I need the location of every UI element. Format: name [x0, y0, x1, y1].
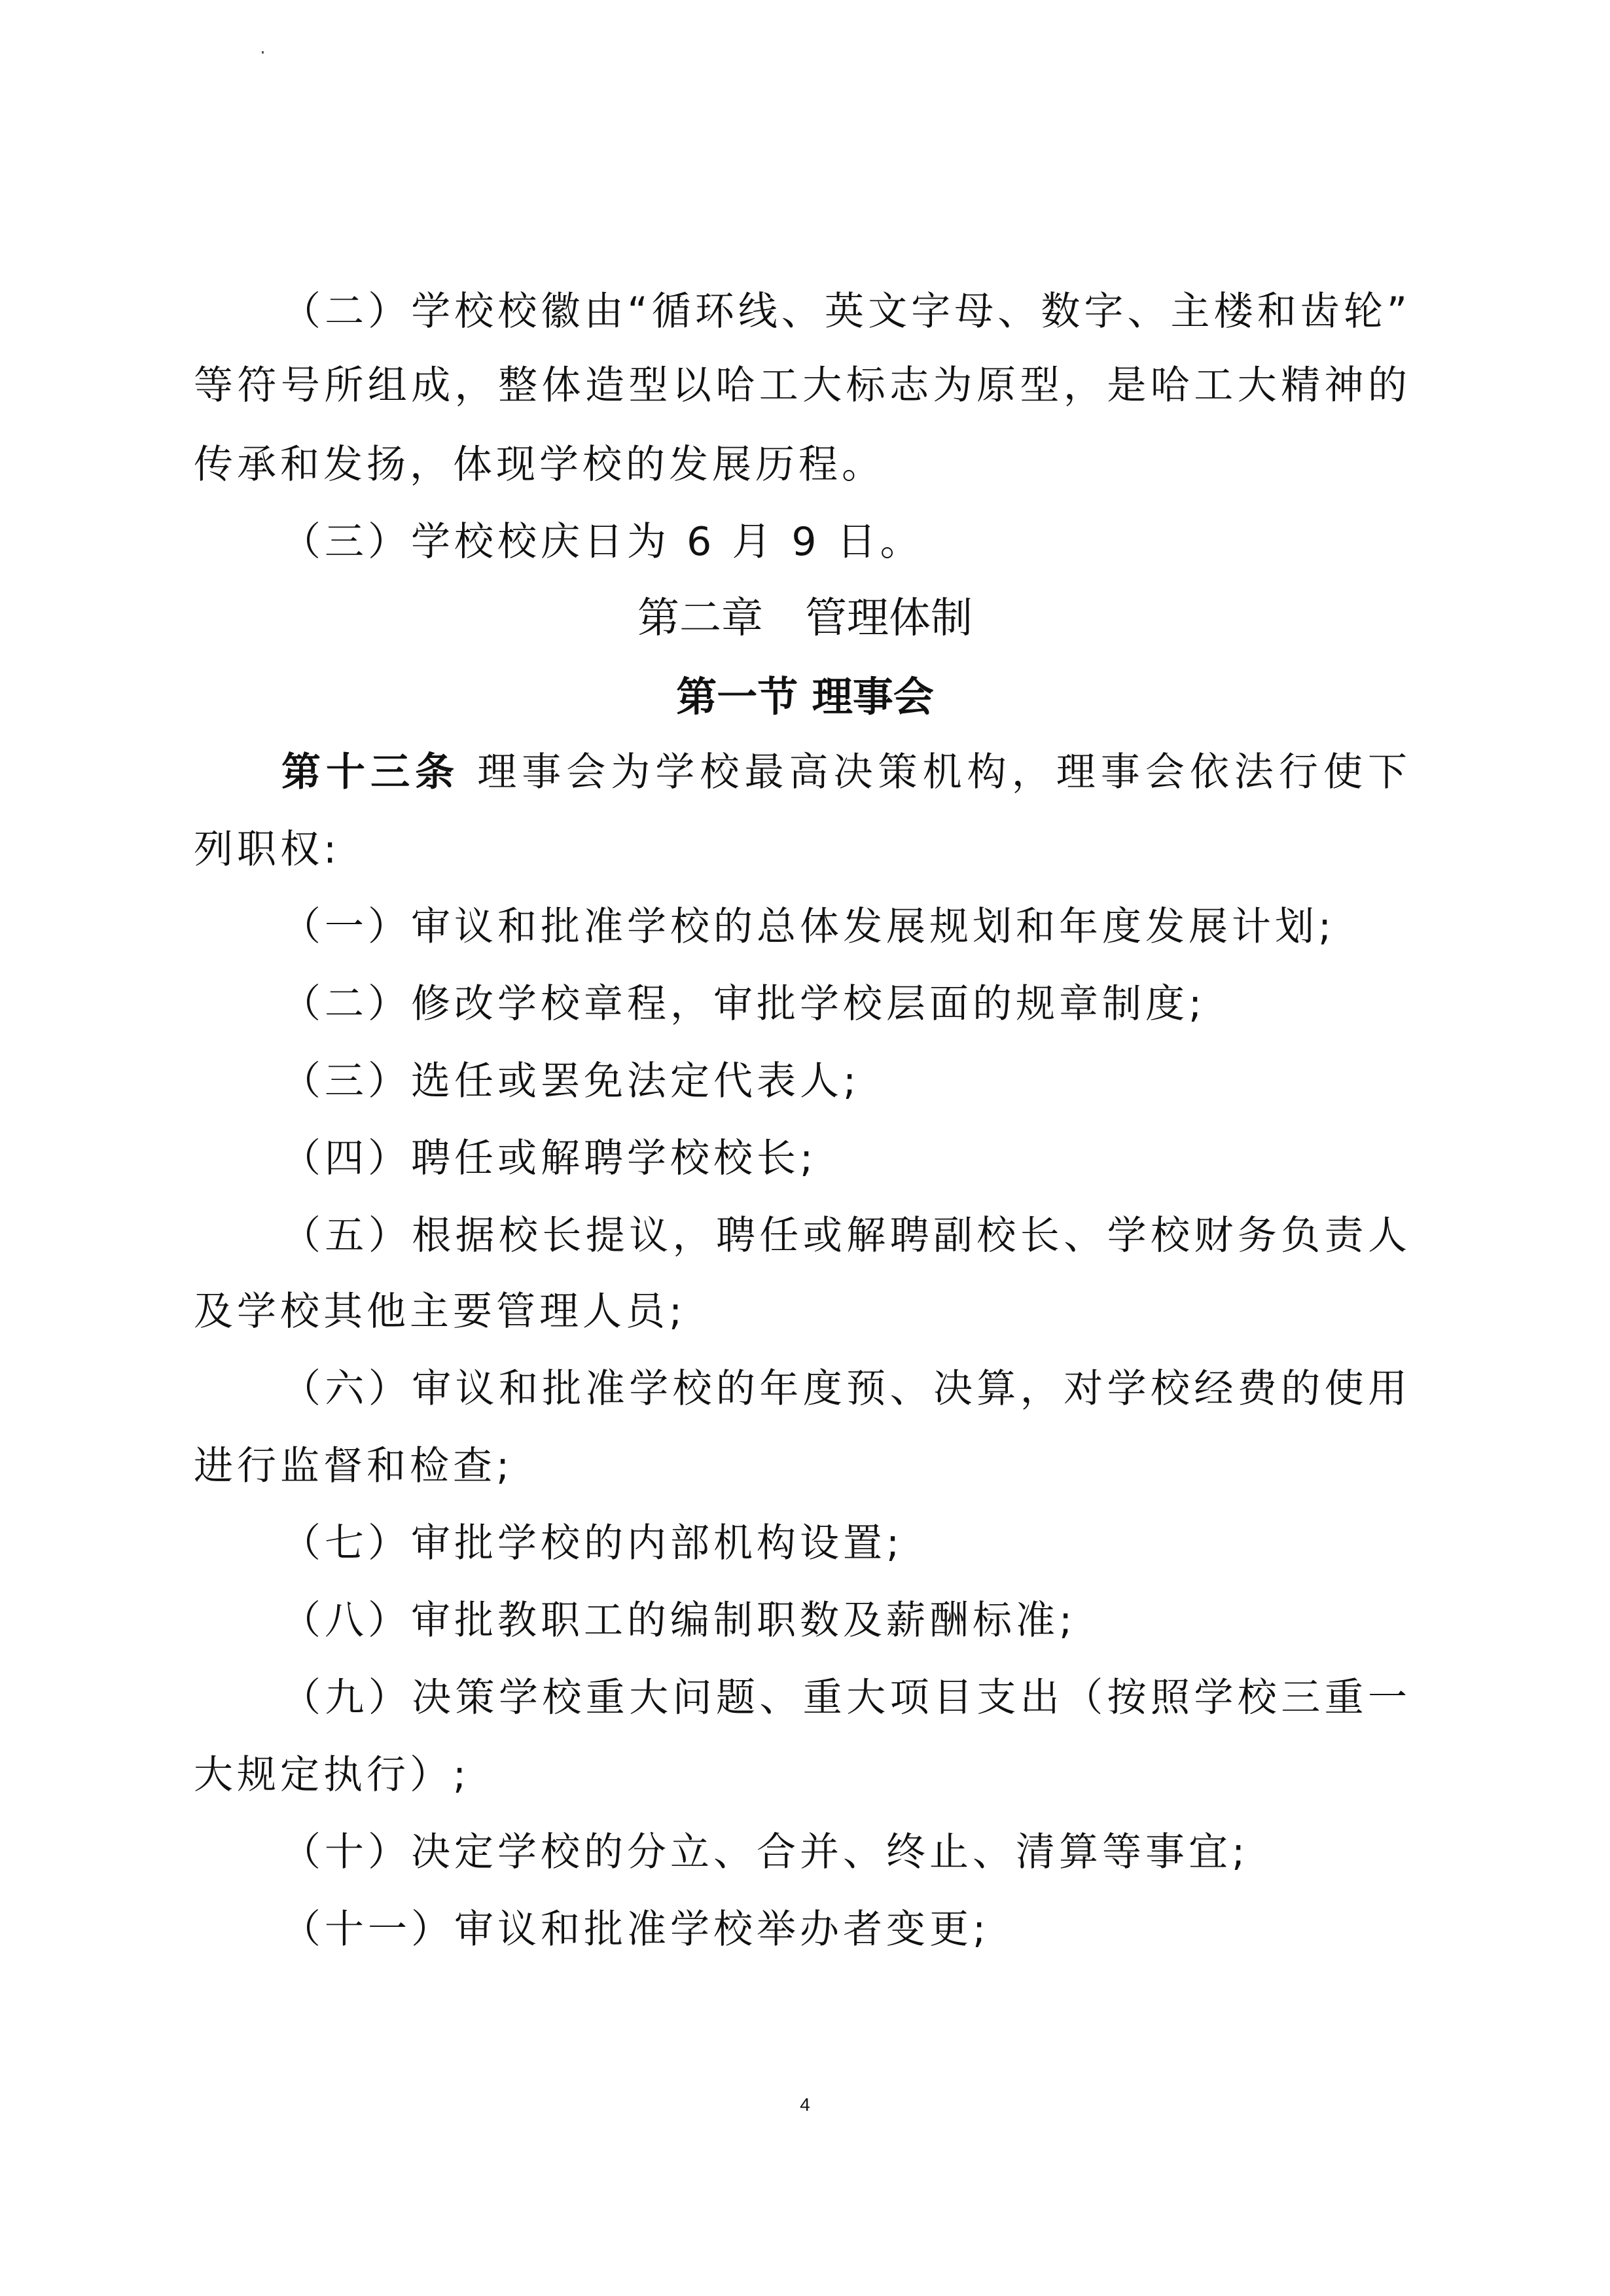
list-item-5: （五）根据校长提议，聘任或解聘副校长、学校财务负责人	[281, 1210, 1411, 1262]
list-item-1: （一）审议和批准学校的总体发展规划和年度发展计划;	[281, 901, 1411, 953]
section-heading: 第一节 理事会	[0, 671, 1610, 723]
chapter-heading: 第二章 管理体制	[0, 592, 1610, 645]
list-item-6-cont: 进行监督和检查;	[194, 1440, 1411, 1492]
paragraph-emblem-line-3: 传承和发扬，体现学校的发展历程。	[194, 439, 1411, 491]
paragraph-anniversary: （三）学校校庆日为 6 月 9 日。	[281, 516, 1411, 568]
list-item-8: （八）审批教职工的编制职数及薪酬标准;	[281, 1594, 1411, 1647]
list-item-10: （十）决定学校的分立、合并、终止、清算等事宜;	[281, 1826, 1411, 1878]
scan-speck	[262, 51, 264, 54]
list-item-2: （二）修改学校章程，审批学校层面的规章制度;	[281, 978, 1411, 1030]
list-item-11: （十一）审议和批准学校举办者变更;	[281, 1903, 1411, 1956]
paragraph-emblem-line-1: （二）学校校徽由“循环线、英文字母、数字、主楼和齿轮”	[281, 285, 1411, 338]
article-13-line-1: 第十三条 理事会为学校最高决策机构，理事会依法行使下	[281, 746, 1411, 798]
page-number: 4	[772, 2094, 838, 2115]
list-item-7: （七）审批学校的内部机构设置;	[281, 1517, 1411, 1570]
document-page: （二）学校校徽由“循环线、英文字母、数字、主楼和齿轮” 等符号所组成，整体造型以…	[0, 0, 1610, 2296]
list-item-9: （九）决策学校重大问题、重大项目支出（按照学校三重一	[281, 1672, 1411, 1724]
article-13-line-2: 列职权:	[194, 823, 1411, 876]
paragraph-emblem-line-2: 等符号所组成，整体造型以哈工大标志为原型，是哈工大精神的	[194, 359, 1411, 412]
list-item-6: （六）审议和批准学校的年度预、决算，对学校经费的使用	[281, 1363, 1411, 1415]
list-item-9-cont: 大规定执行）;	[194, 1749, 1411, 1801]
article-number: 第十三条	[281, 749, 459, 795]
list-item-5-cont: 及学校其他主要管理人员;	[194, 1285, 1411, 1338]
article-intro: 理事会为学校最高决策机构，理事会依法行使下	[477, 749, 1411, 795]
list-item-4: （四）聘任或解聘学校校长;	[281, 1132, 1411, 1185]
list-item-3: （三）选任或罢免法定代表人;	[281, 1055, 1411, 1107]
